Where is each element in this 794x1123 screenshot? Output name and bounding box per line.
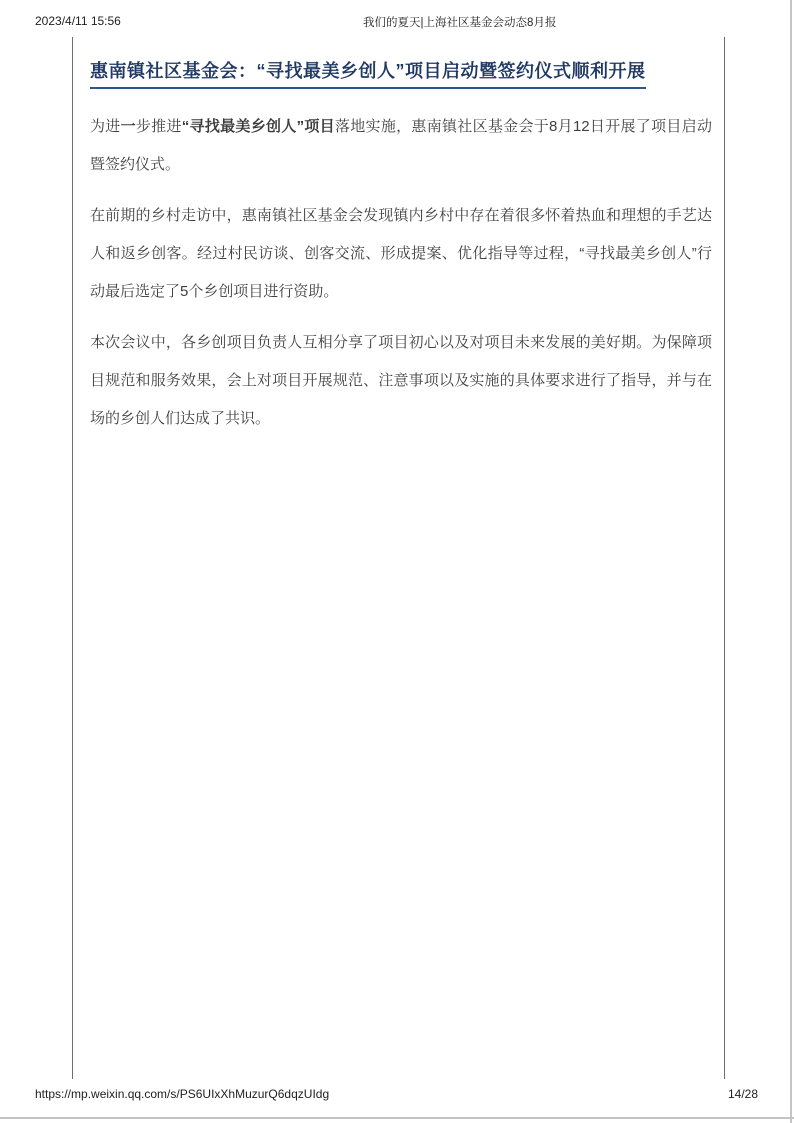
content-left-border <box>72 37 73 1079</box>
print-header-document-title: 我们的夏天|上海社区基金会动态8月报 <box>363 14 556 30</box>
article-paragraph: 为进一步推进“寻找最美乡创人”项目落地实施，惠南镇社区基金会于8月12日开展了项… <box>90 108 712 184</box>
article-paragraph: 本次会议中，各乡创项目负责人互相分享了项目初心以及对项目未来发展的美好期。为保障… <box>90 324 712 438</box>
paragraph-segment: 本次会议中，各乡创项目负责人互相分享了项目初心以及对项目未来发展的美好期。为保障… <box>90 334 712 427</box>
content-right-border <box>724 37 725 1079</box>
print-footer-url: https://mp.weixin.qq.com/s/PS6UIxXhMuzur… <box>35 1087 329 1101</box>
print-header-datetime: 2023/4/11 15:56 <box>35 14 121 28</box>
paragraph-segment-bold: 一 <box>121 118 136 135</box>
paragraph-segment: 步推进 <box>136 118 182 135</box>
page-right-edge <box>790 0 792 1123</box>
print-footer-page-indicator: 14/28 <box>728 1087 758 1101</box>
article-paragraphs: 为进一步推进“寻找最美乡创人”项目落地实施，惠南镇社区基金会于8月12日开展了项… <box>90 108 712 438</box>
page-bottom-edge <box>0 1117 794 1119</box>
paragraph-segment: 为进 <box>90 118 121 135</box>
article-paragraph: 在前期的乡村走访中，惠南镇社区基金会发现镇内乡村中存在着很多怀着热血和理想的手艺… <box>90 197 712 311</box>
paragraph-segment-bold: “寻找最美乡创人”项目 <box>182 118 335 135</box>
paragraph-segment: 在前期的乡村走访中，惠南镇社区基金会发现镇内乡村中存在着很多怀着热血和理想的手艺… <box>90 207 712 300</box>
article-heading: 惠南镇社区基金会：“寻找最美乡创人”项目启动暨签约仪式顺利开展 <box>90 57 646 89</box>
